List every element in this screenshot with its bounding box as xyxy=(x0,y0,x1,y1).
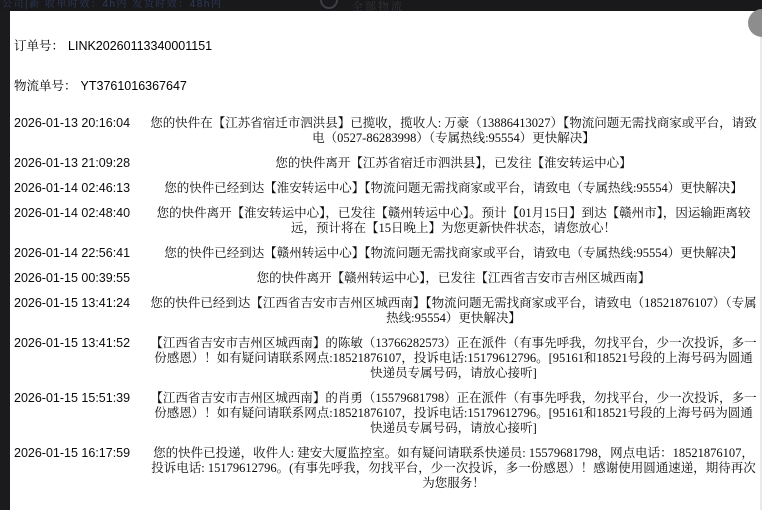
event-timestamp: 2026-01-15 13:41:24 xyxy=(14,296,132,311)
tracking-page: { "topbar": { "left_text": "公司|新 收单时效：4h… xyxy=(0,0,762,510)
event-timestamp: 2026-01-15 00:39:55 xyxy=(14,271,132,286)
event-description: 【江西省吉安市吉州区城西南】的肖勇（15579681798）正在派件（有事先呼我… xyxy=(148,391,759,436)
event-description: 您的快件已经到达【淮安转运中心】【物流问题无需找商家或平台，请致电（专属热线:9… xyxy=(148,181,759,196)
event-timestamp: 2026-01-13 21:09:28 xyxy=(14,156,132,171)
event-timestamp: 2026-01-14 22:56:41 xyxy=(14,246,132,261)
left-edge-strip xyxy=(0,11,10,510)
event-description: 您的快件离开【淮安转运中心】，已发往【赣州转运中心】。预计【01月15日】到达【… xyxy=(148,206,759,236)
event-timestamp: 2026-01-15 16:17:59 xyxy=(14,446,132,461)
tracking-events: 2026-01-13 20:16:04 您的快件在【江苏省宿迁市泗洪县】已揽收，… xyxy=(14,116,759,501)
event-timestamp: 2026-01-14 02:48:40 xyxy=(14,206,132,221)
top-bar: 公司|新 收单时效：4h内 发货时效：48h内 全部物流 xyxy=(0,0,762,11)
waybill-number-label: 物流单号： xyxy=(14,79,77,93)
event-description: 您的快件离开【赣州转运中心】，已发往【江西省吉安市吉州区城西南】 xyxy=(148,271,759,286)
top-bar-center-label: 全部物流 xyxy=(352,0,404,11)
order-number-line: 订单号：LINK20260113340001151 xyxy=(14,39,212,54)
event-row: 2026-01-13 20:16:04 您的快件在【江苏省宿迁市泗洪县】已揽收，… xyxy=(14,116,759,146)
event-row: 2026-01-15 13:41:52 【江西省吉安市吉州区城西南】的陈敏（13… xyxy=(14,336,759,381)
event-row: 2026-01-15 15:51:39 【江西省吉安市吉州区城西南】的肖勇（15… xyxy=(14,391,759,436)
waybill-number-line: 物流单号：YT3761016367647 xyxy=(14,79,187,94)
event-timestamp: 2026-01-13 20:16:04 xyxy=(14,116,132,131)
floating-circle-button[interactable] xyxy=(748,9,762,37)
circle-icon xyxy=(320,0,338,9)
event-row: 2026-01-15 13:41:24 您的快件已经到达【江西省吉安市吉州区城西… xyxy=(14,296,759,326)
event-row: 2026-01-14 02:46:13 您的快件已经到达【淮安转运中心】【物流问… xyxy=(14,181,759,196)
event-row: 2026-01-15 16:17:59 您的快件已投递，收件人: 建安大厦监控室… xyxy=(14,446,759,491)
event-row: 2026-01-13 21:09:28 您的快件离开【江苏省宿迁市泗洪县】，已发… xyxy=(14,156,759,171)
event-description: 您的快件已经到达【江西省吉安市吉州区城西南】【物流问题无需找商家或平台，请致电（… xyxy=(148,296,759,326)
event-description: 您的快件离开【江苏省宿迁市泗洪县】，已发往【淮安转运中心】 xyxy=(148,156,759,171)
event-row: 2026-01-15 00:39:55 您的快件离开【赣州转运中心】，已发往【江… xyxy=(14,271,759,286)
top-bar-info-text: 公司|新 收单时效：4h内 发货时效：48h内 xyxy=(2,0,222,11)
event-description: 【江西省吉安市吉州区城西南】的陈敏（13766282573）正在派件（有事先呼我… xyxy=(148,336,759,381)
event-description: 您的快件已投递，收件人: 建安大厦监控室。如有疑问请联系快递员: 1557968… xyxy=(148,446,759,491)
order-number-label: 订单号： xyxy=(14,39,64,53)
event-description: 您的快件在【江苏省宿迁市泗洪县】已揽收，揽收人: 万豪（13886413027）… xyxy=(148,116,759,146)
event-timestamp: 2026-01-14 02:46:13 xyxy=(14,181,132,196)
order-number-value: LINK20260113340001151 xyxy=(68,39,212,53)
event-timestamp: 2026-01-15 15:51:39 xyxy=(14,391,132,406)
event-timestamp: 2026-01-15 13:41:52 xyxy=(14,336,132,351)
event-row: 2026-01-14 02:48:40 您的快件离开【淮安转运中心】，已发往【赣… xyxy=(14,206,759,236)
event-row: 2026-01-14 22:56:41 您的快件已经到达【赣州转运中心】【物流问… xyxy=(14,246,759,261)
waybill-number-value: YT3761016367647 xyxy=(81,79,187,93)
event-description: 您的快件已经到达【赣州转运中心】【物流问题无需找商家或平台，请致电（专属热线:9… xyxy=(148,246,759,261)
